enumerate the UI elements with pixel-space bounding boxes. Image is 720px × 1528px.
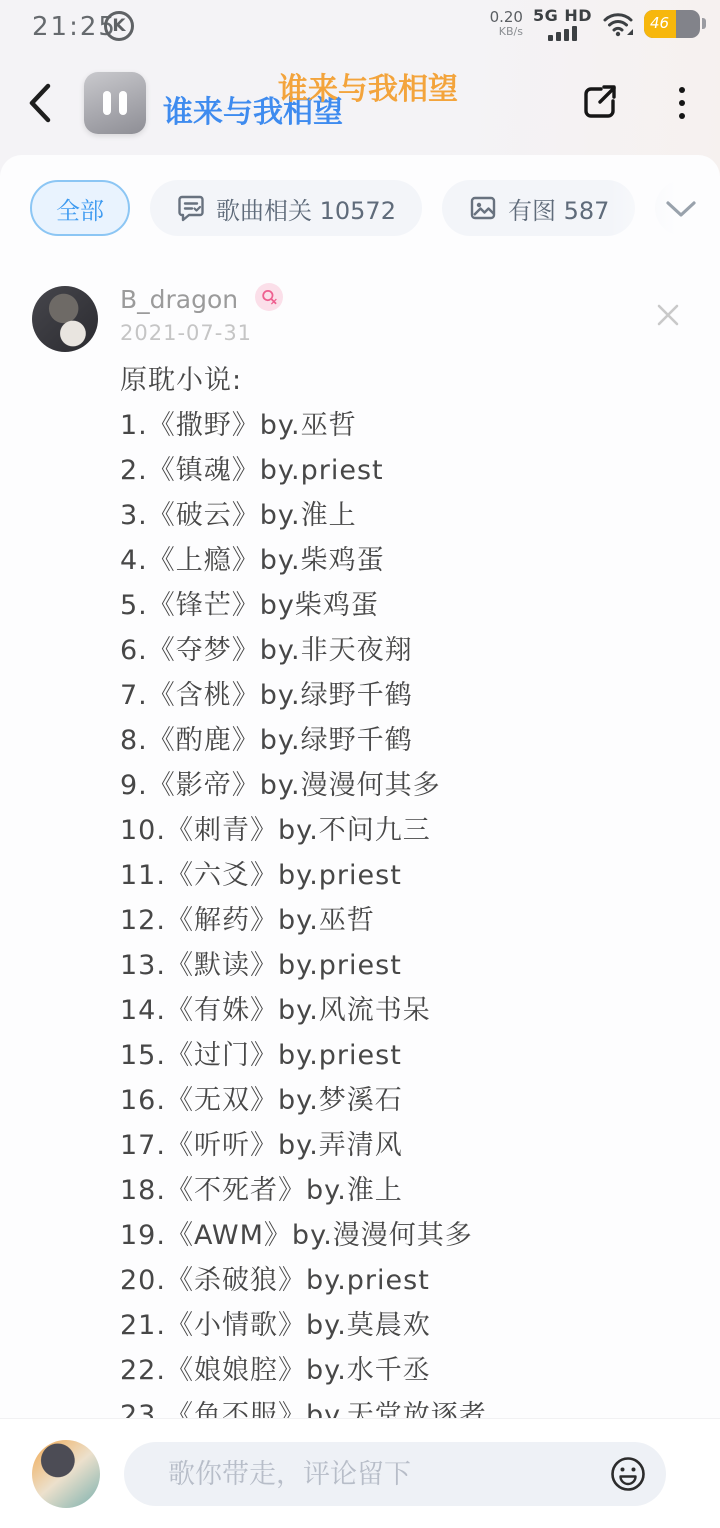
comment-line: 10.《刺青》by.不问九三 (120, 808, 665, 853)
comment-line: 13.《默读》by.priest (120, 943, 665, 988)
network-speed: 0.20 KB/s (490, 10, 523, 37)
comment-line: 5.《锋芒》by柴鸡蛋 (120, 583, 665, 628)
comment-input[interactable] (124, 1442, 608, 1506)
floating-danmaku-text: 谁来与我相望 (278, 64, 458, 108)
comment-date: 2021-07-31 (120, 321, 252, 345)
female-gender-icon: ♀ (255, 283, 283, 311)
close-icon[interactable] (652, 299, 684, 331)
pause-icon (103, 91, 111, 115)
image-icon (468, 193, 498, 223)
comment-line: 1.《撒野》by.巫哲 (120, 403, 665, 448)
comment-line: 14.《有姝》by.风流书呆 (120, 988, 665, 1033)
comment-line: 12.《解药》by.巫哲 (120, 898, 665, 943)
current-user-avatar[interactable] (32, 1440, 100, 1508)
comment-line: 16.《无双》by.梦溪石 (120, 1078, 665, 1123)
comment-line: 原耽小说: (120, 358, 665, 403)
filter-chip-song-related[interactable]: 歌曲相关 10572 (150, 180, 422, 236)
commenter-username[interactable]: B_dragon (120, 285, 238, 314)
battery-icon: 46 (644, 10, 700, 38)
comment-line: 19.《AWM》by.漫漫何其多 (120, 1213, 665, 1258)
more-menu-icon[interactable] (664, 76, 700, 130)
commenter-avatar[interactable] (32, 286, 98, 352)
emoji-icon[interactable] (608, 1454, 648, 1494)
wifi-icon (602, 11, 634, 37)
comment-line: 21.《小情歌》by.莫晨欢 (120, 1303, 665, 1348)
comment-line: 22.《娘娘腔》by.水千丞 (120, 1348, 665, 1393)
battery-level: 46 (650, 14, 669, 32)
comment-bubble-icon (176, 193, 206, 223)
comment-input-pill (124, 1442, 666, 1506)
filter-chip-all[interactable]: 全部 (30, 180, 130, 236)
comment-line: 4.《上瘾》by.柴鸡蛋 (120, 538, 665, 583)
filter-chip-with-images[interactable]: 有图 587 (442, 180, 635, 236)
comment-line: 15.《过门》by.priest (120, 1033, 665, 1078)
header: 谁来与我相望 谁来与我相望 (0, 52, 720, 155)
comment-line: 8.《酌鹿》by.绿野千鹤 (120, 718, 665, 763)
comment-line: 20.《杀破狼》by.priest (120, 1258, 665, 1303)
comment-line: 7.《含桃》by.绿野千鹤 (120, 673, 665, 718)
comment-body: 原耽小说: 1.《撒野》by.巫哲 2.《镇魂》by.priest 3.《破云》… (120, 358, 665, 1438)
filter-bar: 全部 歌曲相关 10572 有图 587 (0, 180, 720, 238)
back-icon[interactable] (22, 80, 62, 126)
comments-card: 全部 歌曲相关 10572 有图 587 (0, 155, 720, 1528)
comment-line: 9.《影帝》by.漫漫何其多 (120, 763, 665, 808)
album-thumbnail[interactable] (84, 72, 146, 134)
composer-bar (0, 1418, 720, 1528)
app-badge-icon: K (104, 11, 134, 41)
battery-nub (702, 18, 706, 29)
comment-line: 17.《听听》by.弄清风 (120, 1123, 665, 1168)
comment-page: 21:25 K 0.20 KB/s 5G HD 46 (0, 0, 720, 1528)
comment-line: 18.《不死者》by.淮上 (120, 1168, 665, 1213)
filter-overflow-fade (610, 180, 720, 238)
chevron-down-icon[interactable] (664, 199, 698, 219)
cellular-signal-icon: 5G HD (533, 6, 592, 41)
status-bar: 21:25 K 0.20 KB/s 5G HD 46 (0, 0, 720, 52)
comment-line: 2.《镇魂》by.priest (120, 448, 665, 493)
comment-line: 11.《六爻》by.priest (120, 853, 665, 898)
pause-icon (119, 91, 127, 115)
comment-line: 3.《破云》by.淮上 (120, 493, 665, 538)
share-icon[interactable] (578, 80, 622, 124)
comment-line: 6.《夺梦》by.非天夜翔 (120, 628, 665, 673)
